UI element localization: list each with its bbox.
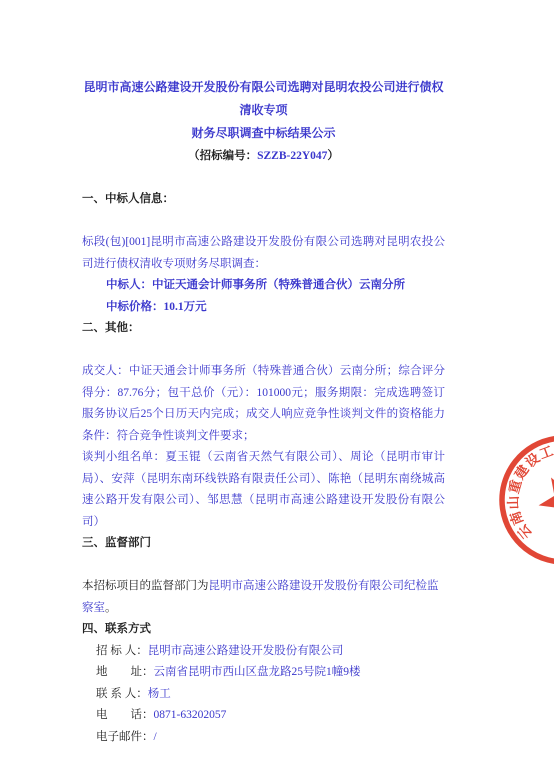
contact-value: 云南省昆明市西山区盘龙路25号院1幢9楼 (154, 666, 361, 678)
deal-paragraph: 成交人：中证天通会计师事务所（特殊普通合伙）云南分所；综合评分得分：87.76分… (82, 361, 445, 447)
contact-block: 招 标 人：昆明市高速公路建设开发股份有限公司 地 址：云南省昆明市西山区盘龙路… (82, 641, 445, 749)
announcement-page: 昆明市高速公路建设开发股份有限公司选聘对昆明农投公司进行债权清收专项 财务尽职调… (0, 0, 554, 783)
lot-paragraph: 标段(包)[001]昆明市高速公路建设开发股份有限公司选聘对昆明农投公司进行债权… (82, 232, 445, 275)
contact-label: 电 话： (96, 709, 154, 721)
seal-star-icon (530, 465, 554, 530)
tender-code: SZZB-22Y047 (257, 150, 327, 162)
contact-value: 杨工 (148, 688, 171, 700)
contact-label: 电子邮件： (96, 731, 154, 743)
section-4-heading: 四、联系方式 (82, 619, 445, 641)
contact-label: 招 标 人： (96, 645, 148, 657)
page-title: 昆明市高速公路建设开发股份有限公司选聘对昆明农投公司进行债权清收专项 财务尽职调… (82, 76, 445, 145)
price-line: 中标价格：10.1万元 (82, 297, 445, 319)
winner-line: 中标人：中证天通会计师事务所（特殊普通合伙）云南分所 (82, 275, 445, 297)
title-line-2: 财务尽职调查中标结果公示 (82, 122, 445, 145)
contact-row-person: 联 系 人：杨工 (96, 684, 445, 706)
title-line-1: 昆明市高速公路建设开发股份有限公司选聘对昆明农投公司进行债权清收专项 (82, 76, 445, 122)
contact-row-email: 电子邮件：/ (96, 727, 445, 749)
company-seal-stamp: 云南山重建设工程有限公司 832109 (492, 425, 554, 575)
tender-close: ） (327, 150, 339, 162)
section-3-heading: 三、监督部门 (82, 533, 445, 555)
contact-row-address: 地 址：云南省昆明市西山区盘龙路25号院1幢9楼 (96, 662, 445, 684)
section-1-heading: 一、中标人信息： (82, 189, 445, 211)
supervision-line: 本招标项目的监督部门为昆明市高速公路建设开发股份有限公司纪检监察室。 (82, 576, 445, 619)
contact-row-tenderer: 招 标 人：昆明市高速公路建设开发股份有限公司 (96, 641, 445, 663)
tender-label: （招标编号： (188, 150, 257, 162)
contact-value: 0871-63202057 (154, 709, 227, 721)
supervision-prefix: 本招标项目的监督部门为 (82, 580, 209, 592)
supervision-suffix: 。 (105, 602, 117, 614)
panel-paragraph: 谈判小组名单：夏玉锟（云南省天然气有限公司）、周论（昆明市审计局）、安萍（昆明东… (82, 447, 445, 533)
tender-number-line: （招标编号：SZZB-22Y047） (82, 145, 445, 168)
section-2-heading: 二、其他： (82, 318, 445, 340)
contact-value: / (154, 731, 157, 743)
contact-label: 地 址： (96, 666, 154, 678)
contact-value: 昆明市高速公路建设开发股份有限公司 (148, 645, 344, 657)
contact-label: 联 系 人： (96, 688, 148, 700)
contact-row-phone: 电 话：0871-63202057 (96, 705, 445, 727)
document-body: 昆明市高速公路建设开发股份有限公司选聘对昆明农投公司进行债权清收专项 财务尽职调… (82, 76, 445, 748)
